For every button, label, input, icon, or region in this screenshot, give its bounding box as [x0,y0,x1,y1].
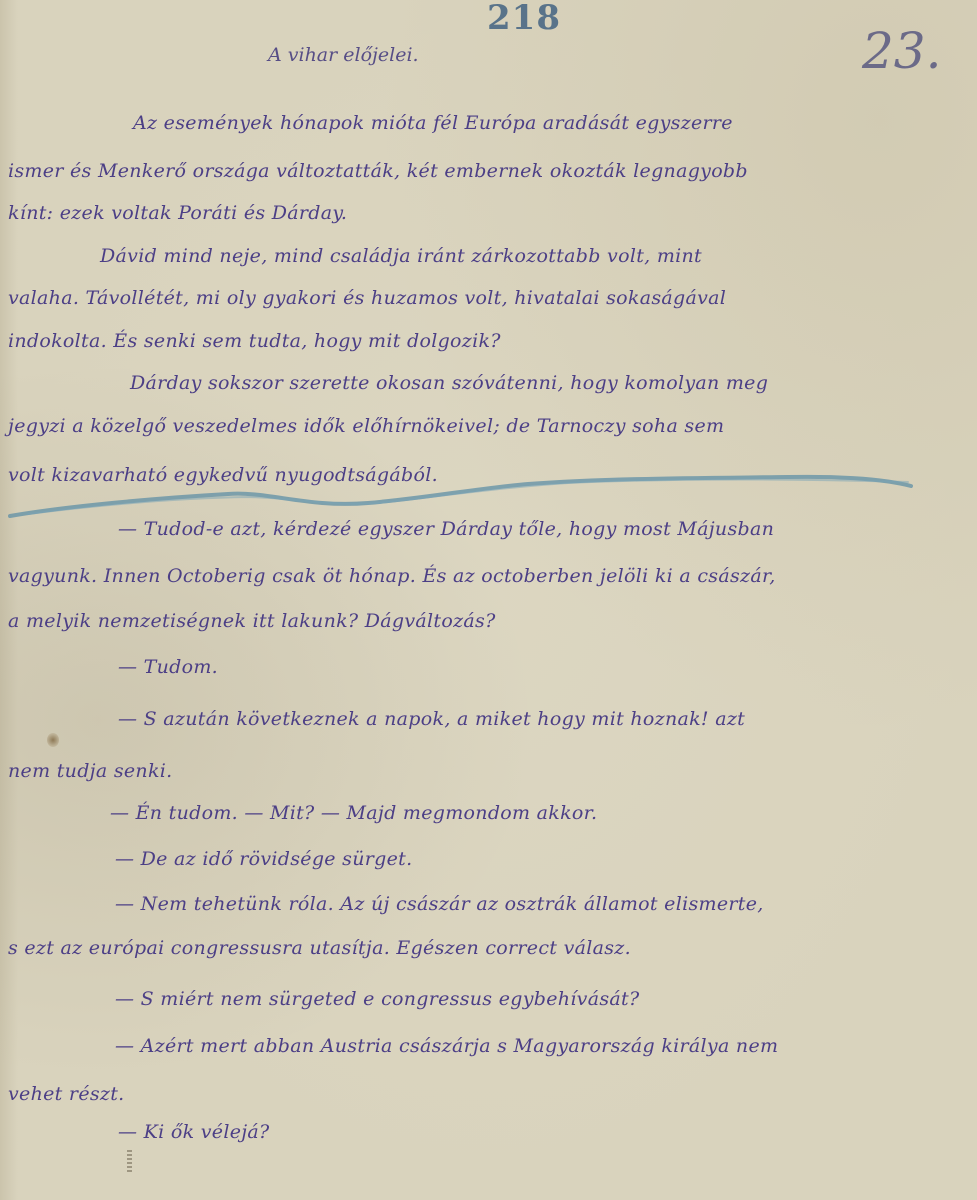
manuscript-line: — S miért nem sürgeted e congressus egyb… [115,988,639,1010]
manuscript-line: — Tudom. [118,656,218,678]
manuscript-line: a melyik nemzetiségnek itt lakunk? Dágvá… [8,610,496,632]
paper-stain [47,733,59,747]
manuscript-line: Az események hónapok mióta fél Európa ar… [133,112,733,134]
manuscript-line: — S azután következnek a napok, a miket … [118,708,745,730]
manuscript-line: — Ki ők vélejá? [118,1121,270,1143]
manuscript-line: — Nem tehetünk róla. Az új császár az os… [115,893,764,915]
manuscript-line: Dávid mind neje, mind családja iránt zár… [100,245,702,267]
manuscript-line: jegyzi a közelgő veszedelmes idők előhír… [8,415,724,437]
blue-pencil-divider-line [8,468,913,528]
archive-stamp-number: 218 [487,0,561,38]
manuscript-line: ismer és Menkerő országa változtatták, k… [8,160,748,182]
manuscript-line: kínt: ezek voltak Poráti és Dárday. [8,202,347,224]
chapter-title: A vihar előjelei. [268,44,419,66]
manuscript-line: — Azért mert abban Austria császárja s M… [115,1035,778,1057]
manuscript-line: vagyunk. Innen Octoberig csak öt hónap. … [8,565,776,587]
manuscript-line: Dárday sokszor szerette okosan szóvátenn… [130,372,768,394]
manuscript-line: — Én tudom. — Mit? — Majd megmondom akko… [110,802,597,824]
margin-pencil-mark [127,1150,132,1172]
manuscript-line: valaha. Távollétét, mi oly gyakori és hu… [8,287,726,309]
manuscript-page: 218 23. A vihar előjelei. Az események h… [0,0,977,1200]
manuscript-line: — De az idő rövidsége sürget. [115,848,412,870]
manuscript-line: indokolta. És senki sem tudta, hogy mit … [8,330,501,352]
folio-number: 23. [862,22,942,80]
manuscript-line: s ezt az európai congressusra utasítja. … [8,937,631,959]
manuscript-line: vehet részt. [8,1083,125,1105]
manuscript-line: nem tudja senki. [8,760,173,782]
